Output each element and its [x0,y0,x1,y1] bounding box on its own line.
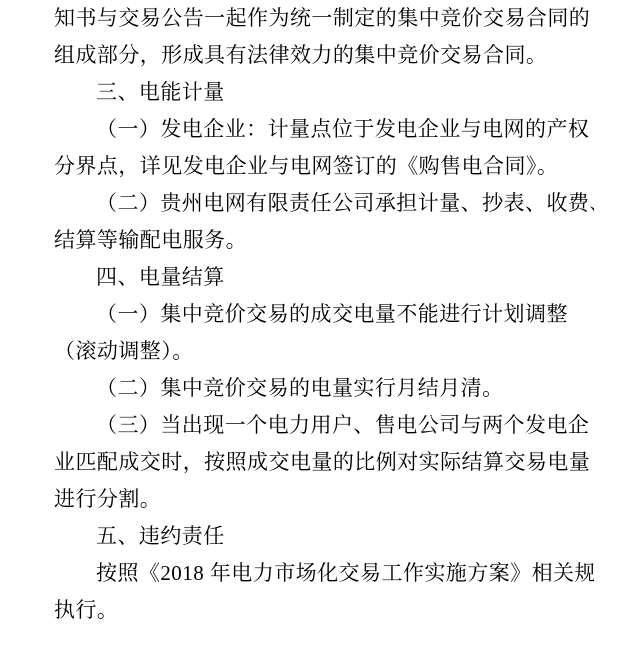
document-line: （滚动调整）。 [54,333,594,370]
document-line: 五、违约责任 [54,518,594,555]
document-line: 四、电量结算 [54,259,594,296]
document-body: 知书与交易公告一起作为统一制定的集中竞价交易合同的组成部分，形成具有法律效力的集… [54,0,594,629]
document-line: （三）当出现一个电力用户、售电公司与两个发电企 [54,407,594,444]
document-line: 按照《2018 年电力市场化交易工作实施方案》相关规定 [54,555,594,592]
document-line: 知书与交易公告一起作为统一制定的集中竞价交易合同的 [54,0,594,37]
document-line: 组成部分，形成具有法律效力的集中竞价交易合同。 [54,37,594,74]
document-line: （二）贵州电网有限责任公司承担计量、抄表、收费、 [54,185,594,222]
document-line: 进行分割。 [54,481,594,518]
document-line: （一）发电企业：计量点位于发电企业与电网的产权 [54,111,594,148]
document-line: 业匹配成交时，按照成交电量的比例对实际结算交易电量 [54,444,594,481]
document-line: 执行。 [54,592,594,629]
document-line: 三、电能计量 [54,74,594,111]
document-line: （一）集中竞价交易的成交电量不能进行计划调整 [54,296,594,333]
document-line: 结算等输配电服务。 [54,222,594,259]
document-line: 分界点，详见发电企业与电网签订的《购售电合同》。 [54,148,594,185]
document-line: （二）集中竞价交易的电量实行月结月清。 [54,370,594,407]
document-page: 知书与交易公告一起作为统一制定的集中竞价交易合同的组成部分，形成具有法律效力的集… [0,0,644,656]
